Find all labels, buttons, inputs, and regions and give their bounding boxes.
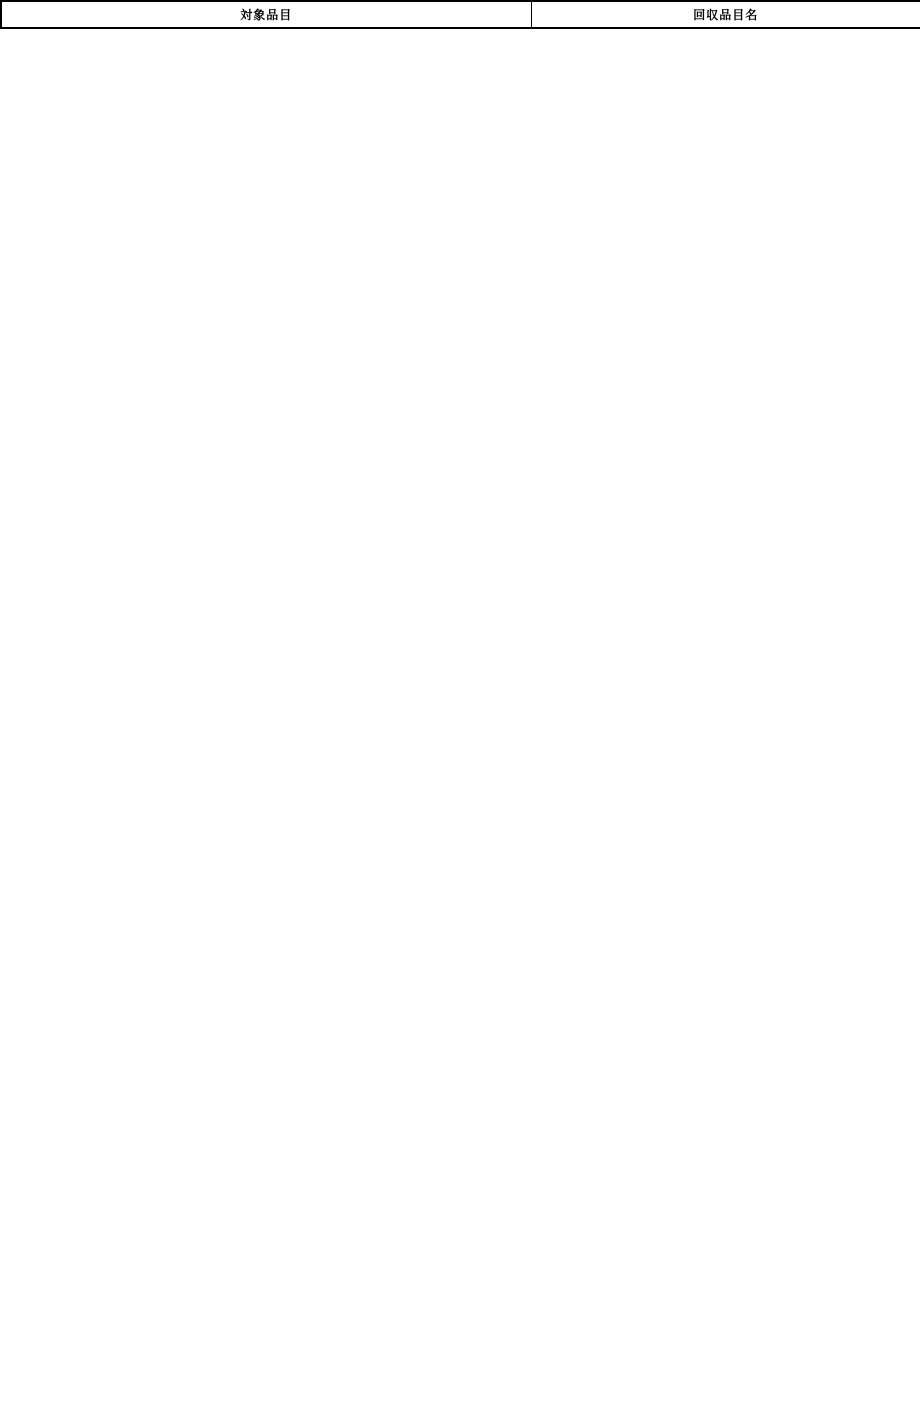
header-row: 対象品目 回収品目名 <box>1 1 920 28</box>
page: 対象品目 回収品目名 <box>0 0 920 1417</box>
col-header-collected-item-names: 回収品目名 <box>531 1 920 28</box>
recycling-items-table: 対象品目 回収品目名 <box>0 0 920 29</box>
col-header-target-items: 対象品目 <box>1 1 531 28</box>
